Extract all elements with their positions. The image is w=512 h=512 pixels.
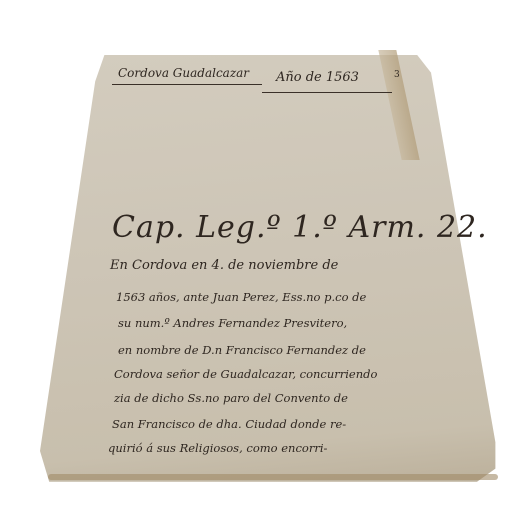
body-line-6: zia de dicho Ss.no paro del Convento de xyxy=(114,391,348,405)
manuscript-photo: Cordova Guadalcazar Año de 1563 3 Cap. L… xyxy=(0,0,512,512)
document-heading: Cap. Leg.º 1.º Arm. 22. xyxy=(112,210,488,245)
body-line-2: 1563 años, ante Juan Perez, Ess.no p.co … xyxy=(116,290,366,304)
page-bottom-edge xyxy=(48,474,498,480)
page-number: 3 xyxy=(394,70,400,80)
body-line-7: San Francisco de dha. Ciudad donde re- xyxy=(112,417,346,431)
body-line-3: su num.º Andres Fernandez Presvitero, xyxy=(118,316,347,330)
body-line-4: en nombre de D.n Francisco Fernandez de xyxy=(118,343,366,357)
header-left-title: Cordova Guadalcazar xyxy=(118,66,249,80)
body-line-5: Cordova señor de Guadalcazar, concurrien… xyxy=(114,367,377,381)
header-right-title: Año de 1563 xyxy=(276,70,359,85)
body-line-1: En Cordova en 4. de noviembre de xyxy=(110,258,338,273)
body-line-8: quirió á sus Religiosos, como encorri- xyxy=(108,441,327,455)
header-underline-right xyxy=(262,92,392,93)
header-underline-left xyxy=(112,84,262,85)
